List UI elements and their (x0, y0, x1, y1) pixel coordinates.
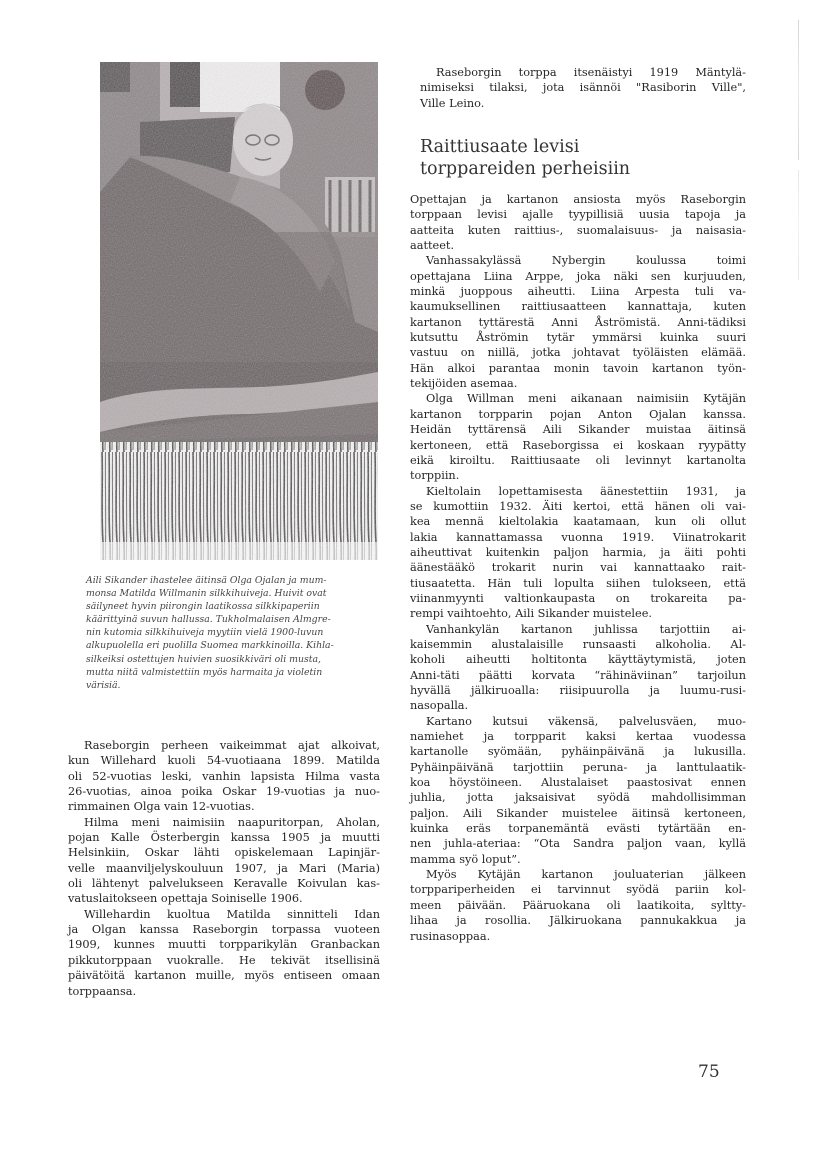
text-line: Kartano kutsui väkensä, palvelusväen, mu… (410, 714, 746, 729)
text-line: äänestääkö trokarit nurin vai kannattaak… (410, 560, 746, 575)
text-line: Helsinkiin, Oskar lähti opiskelemaan Lap… (68, 845, 380, 860)
scan-edge-artifact (798, 20, 799, 160)
text-line: Anni-täti päätti korvata “rähinäviinan” … (410, 668, 746, 683)
page-number: 75 (698, 1062, 720, 1082)
right-column-text: Opettajan ja kartanon ansiosta myös Rase… (410, 192, 746, 944)
text-line: rimmainen Olga vain 12-vuotias. (68, 799, 380, 814)
text-line: rusinasoppaa. (410, 929, 746, 944)
left-column-text: Raseborgin perheen vaikeimmat ajat alkoi… (68, 738, 380, 999)
text-line: aatteet. (410, 238, 746, 253)
text-line: meen päivään. Pääruokana oli laatikoita,… (410, 898, 746, 913)
text-line: Heidän tyttärensä Aili Sikander muistaa … (410, 422, 746, 437)
text-line: aatteita kuten raittius-, suomalaisuus- … (410, 223, 746, 238)
caption-line: silkeiksi ostettujen huivien suosikkivär… (86, 653, 386, 666)
text-line: Opettajan ja kartanon ansiosta myös Rase… (410, 192, 746, 207)
section-heading: Raittiusaate levisi torppareiden perheis… (420, 136, 750, 180)
photo-caption: Aili Sikander ihastelee äitinsä Olga Oja… (86, 574, 386, 692)
text-line: paljon. Aili Sikander muistelee äitinsä … (410, 806, 746, 821)
text-line: torppariperheiden ei tarvinnut syödä par… (410, 882, 746, 897)
text-line: tekijöiden asemaa. (410, 376, 746, 391)
text-line: oli lähtenyt palvelukseen Keravalle Koiv… (68, 876, 380, 891)
text-line: lakia kannattamassa vuonna 1919. Viinatr… (410, 530, 746, 545)
caption-line: nin kutomia silkkihuiveja myytiin vielä … (86, 626, 386, 639)
caption-line: mutta niitä valmistettiin myös harmaita … (86, 666, 386, 679)
text-line: koholi aiheutti holtitonta käyttäytymist… (410, 652, 746, 667)
text-line: minkä juoppous aiheutti. Liina Arpesta t… (410, 284, 746, 299)
text-line: nasopalla. (410, 698, 746, 713)
text-line: Raseborgin torppa itsenäistyi 1919 Mänty… (420, 65, 746, 80)
scanned-book-page: Aili Sikander ihastelee äitinsä Olga Oja… (0, 0, 823, 1168)
heading-line: torppareiden perheisiin (420, 158, 750, 180)
text-line: oli 52-vuotias leski, vanhin lapsista Hi… (68, 769, 380, 784)
text-line: torppiin. (410, 468, 746, 483)
text-line: Ville Leino. (420, 96, 746, 111)
text-line: Willehardin kuoltua Matilda sinnitteli I… (68, 907, 380, 922)
text-line: torppaan levisi ajalle tyypillisiä uusia… (410, 207, 746, 222)
text-line: Myös Kytäjän kartanon jouluaterian jälke… (410, 867, 746, 882)
text-line: se kumottiin 1932. Äiti kertoi, että hän… (410, 499, 746, 514)
text-line: kea mennä kieltolakia kaatamaan, kun oli… (410, 514, 746, 529)
text-line: aiheuttivat kuitenkin paljon harmia, ja … (410, 545, 746, 560)
text-line: 26-vuotias, ainoa poika Oskar 19-vuotias… (68, 784, 380, 799)
text-line: pojan Kalle Österbergin kanssa 1905 ja m… (68, 830, 380, 845)
text-line: koa höystöineen. Alustalaiset paastosiva… (410, 775, 746, 790)
text-line: Pyhäinpäivänä tarjottiin peruna- ja lant… (410, 760, 746, 775)
right-column-intro: Raseborgin torppa itsenäistyi 1919 Mänty… (420, 65, 746, 111)
text-line: vatuslaitokseen opettaja Soiniselle 1906… (68, 891, 380, 906)
text-line: ja Olgan kanssa Raseborgin torpassa vuot… (68, 922, 380, 937)
text-line: kertoneen, että Raseborgissa ei koskaan … (410, 438, 746, 453)
text-line: viinanmyynti valtionkaupasta on trokarei… (410, 591, 746, 606)
text-line: tiusaatetta. Hän tuli lopulta siihen tul… (410, 576, 746, 591)
photo-of-woman-with-silk-shawl-icon (100, 62, 378, 560)
text-line: kun Willehard kuoli 54-vuotiaana 1899. M… (68, 753, 380, 768)
text-line: kaumuksellinen raittiusaatteen kannattaj… (410, 299, 746, 314)
text-line: Kieltolain lopettamisesta äänestettiin 1… (410, 484, 746, 499)
text-line: kutsuttu Åströmin tytär ymmärsi kuinka s… (410, 330, 746, 345)
text-line: eikä kiroiltu. Raittiusaate oli levinnyt… (410, 453, 746, 468)
text-line: rempi vaihtoehto, Aili Sikander muistele… (410, 606, 746, 621)
caption-line: Aili Sikander ihastelee äitinsä Olga Oja… (86, 574, 386, 587)
caption-line: värisiä. (86, 679, 386, 692)
text-line: kartanolle syömään, pyhäinpäivänä ja luk… (410, 744, 746, 759)
text-line: nen juhla-ateriaa: “Ota Sandra paljon va… (410, 836, 746, 851)
text-line: Raseborgin perheen vaikeimmat ajat alkoi… (68, 738, 380, 753)
text-line: päivätöitä kartanon muille, myös entisee… (68, 968, 380, 983)
caption-line: käärittyinä suvun hallussa. Tukholmalais… (86, 613, 386, 626)
text-line: pikkutorppaan vuokralle. He tekivät itse… (68, 953, 380, 968)
text-line: kuinka eräs torpanemäntä evästi tytärtää… (410, 821, 746, 836)
text-line: Vanhankylän kartanon juhlissa tarjottiin… (410, 622, 746, 637)
caption-line: alkupuolella eri puolilla Suomea markkin… (86, 639, 386, 652)
text-line: Vanhassakylässä Nybergin koulussa toimi (410, 253, 746, 268)
text-line: kaisemmin alustalaisille runsaasti alkoh… (410, 637, 746, 652)
text-line: opettajana Liina Arppe, joka näki sen ku… (410, 269, 746, 284)
text-line: 1909, kunnes muutti torpparikylän Granba… (68, 937, 380, 952)
text-line: velle maanviljelyskouluun 1907, ja Mari … (68, 861, 380, 876)
text-line: torppaansa. (68, 984, 380, 999)
scan-edge-artifact (798, 170, 799, 280)
text-line: mamma syö loput”. (410, 852, 746, 867)
heading-line: Raittiusaate levisi (420, 136, 750, 158)
text-line: juhlia, jotta jaksaisivat syödä mahdolli… (410, 790, 746, 805)
text-line: kartanon tyttärestä Anni Åströmistä. Ann… (410, 315, 746, 330)
text-line: nimiseksi tilaksi, jota isännöi "Rasibor… (420, 80, 746, 95)
text-line: lihaa ja rosollia. Jälkiruokana pannukak… (410, 913, 746, 928)
text-line: kartanon torpparin pojan Anton Ojalan ka… (410, 407, 746, 422)
text-line: hyvällä jälkiruoalla: riisipuurolla ja l… (410, 683, 746, 698)
caption-line: monsa Matilda Willmanin silkkihuiveja. H… (86, 587, 386, 600)
text-line: vastuu on niillä, jotka johtavat työläis… (410, 345, 746, 360)
photo-woman-with-silk-shawl (100, 62, 378, 560)
text-line: Hän alkoi parantaa monin tavoin kartanon… (410, 361, 746, 376)
text-line: Hilma meni naimisiin naapuritorpan, Ahol… (68, 815, 380, 830)
text-line: Olga Willman meni aikanaan naimisiin Kyt… (410, 391, 746, 406)
caption-line: säilyneet hyvin piirongin laatikossa sil… (86, 600, 386, 613)
text-line: namiehet ja torpparit kaksi kertaa vuode… (410, 729, 746, 744)
